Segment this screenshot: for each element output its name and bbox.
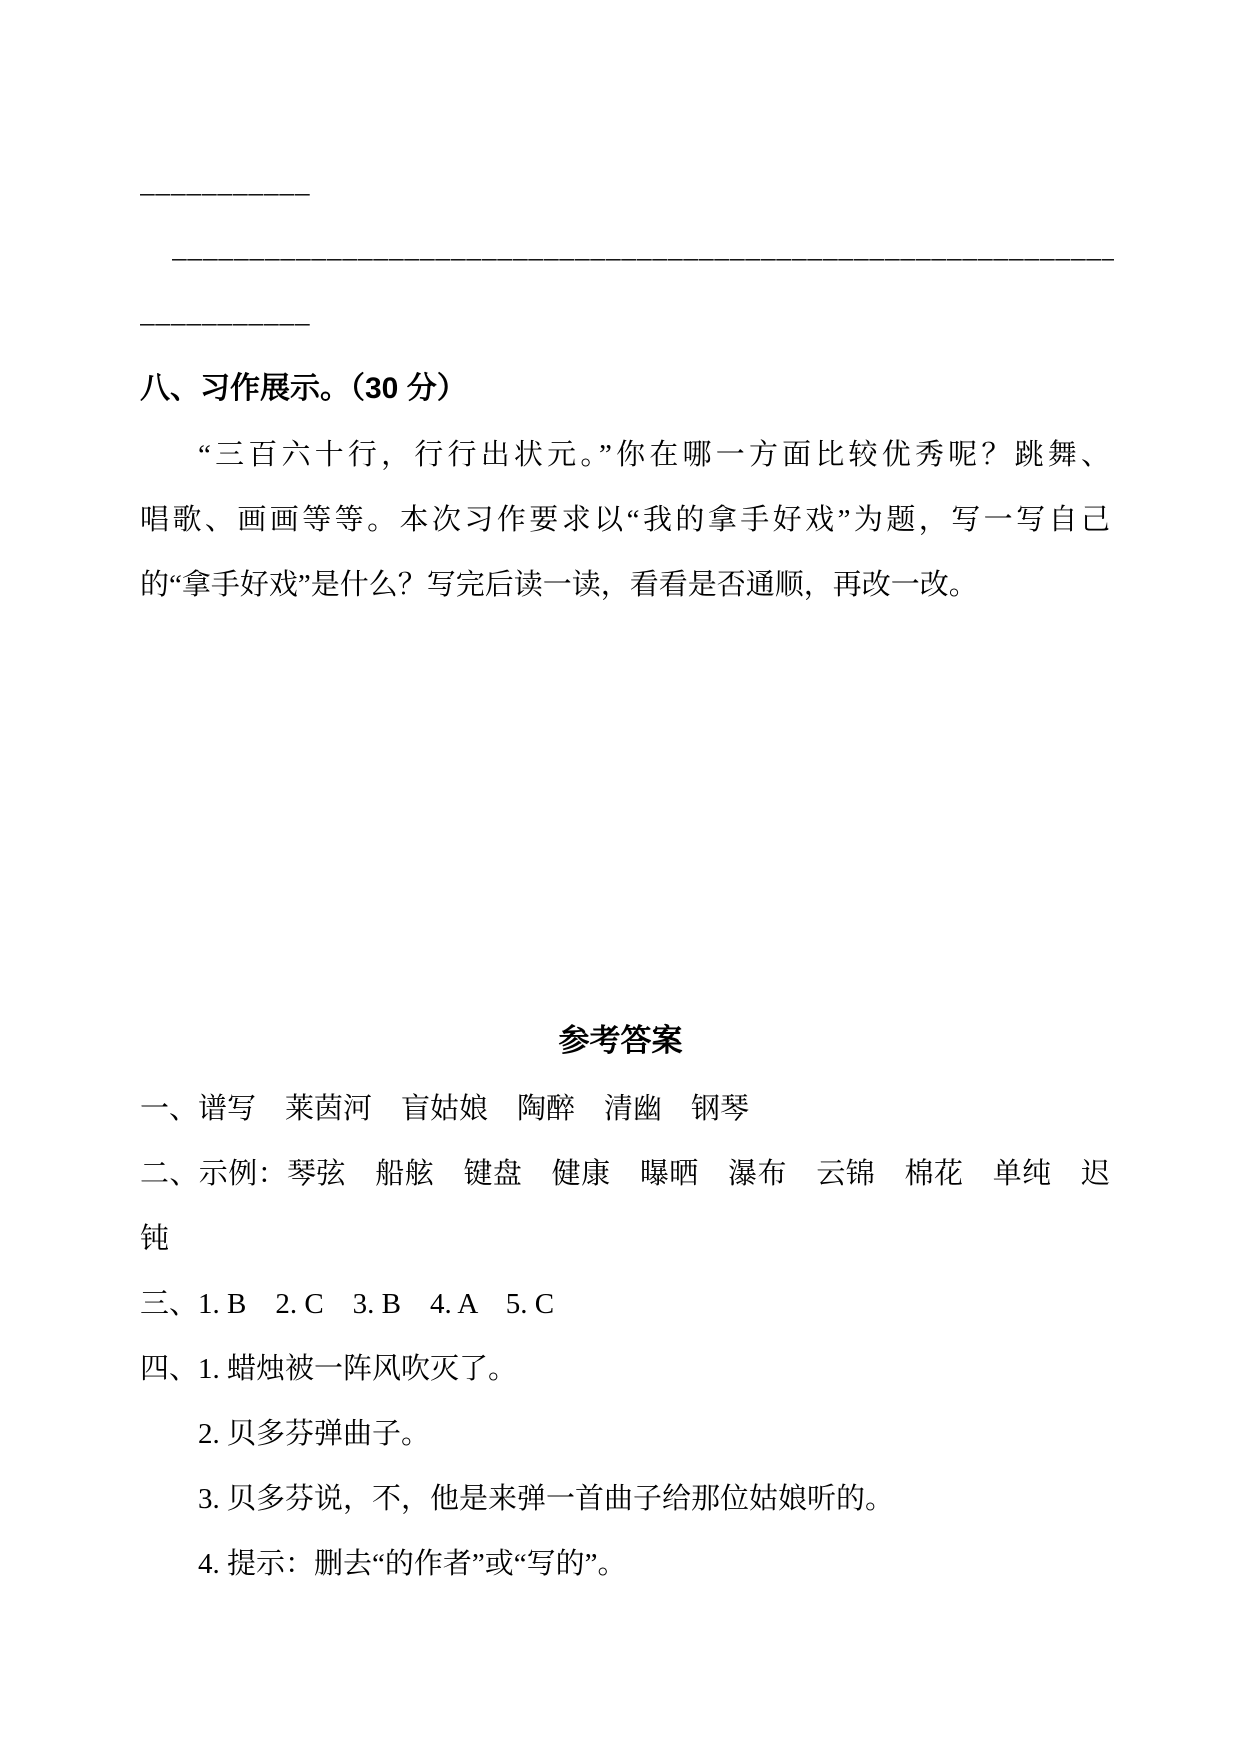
essay-prompt-line: 唱歌、画画等等。本次习作要求以“我的拿手好戏”为题，写一写自己 xyxy=(140,488,1110,553)
answer-blank-line-long: ________________________________________… xyxy=(172,227,1114,269)
answer-key-list: 一、谱写 莱茵河 盲姑娘 陶醉 清幽 钢琴 二、示例：琴弦 船舷 键盘 健康 曝… xyxy=(140,1077,1110,1597)
answer-line-section-four-item-1: 四、1. 蜡烛被一阵风吹灭了。 xyxy=(140,1337,1110,1402)
answer-line-section-two-wrap: 钝 xyxy=(140,1207,1110,1272)
test-paper-page: ___________ ____________________________… xyxy=(0,0,1241,1754)
answer-blank-line-short-top: ___________ xyxy=(140,162,310,204)
essay-prompt-line: “三百六十行，行行出状元。”你在哪一方面比较优秀呢？跳舞、 xyxy=(140,423,1110,488)
answer-key-title: 参考答案 xyxy=(0,1008,1241,1073)
answer-line-section-four-item-4: 4. 提示：删去“的作者”或“写的”。 xyxy=(140,1532,1110,1597)
section-eight-heading: 八、习作展示。（30 分） xyxy=(140,367,467,411)
answer-line-section-two: 二、示例：琴弦 船舷 键盘 健康 曝晒 瀑布 云锦 棉花 单纯 迟 xyxy=(140,1142,1110,1207)
answer-blank-line-short-bottom: ___________ xyxy=(140,292,310,334)
essay-prompt-paragraph: “三百六十行，行行出状元。”你在哪一方面比较优秀呢？跳舞、 唱歌、画画等等。本次… xyxy=(140,423,1110,618)
answer-line-section-four-item-2: 2. 贝多芬弹曲子。 xyxy=(140,1402,1110,1467)
essay-prompt-line: 的“拿手好戏”是什么？写完后读一读，看看是否通顺，再改一改。 xyxy=(140,553,1110,618)
answer-line-section-four-item-3: 3. 贝多芬说，不，他是来弹一首曲子给那位姑娘听的。 xyxy=(140,1467,1110,1532)
answer-line-section-one: 一、谱写 莱茵河 盲姑娘 陶醉 清幽 钢琴 xyxy=(140,1077,1110,1142)
answer-line-section-three: 三、1. B 2. C 3. B 4. A 5. C xyxy=(140,1272,1110,1337)
